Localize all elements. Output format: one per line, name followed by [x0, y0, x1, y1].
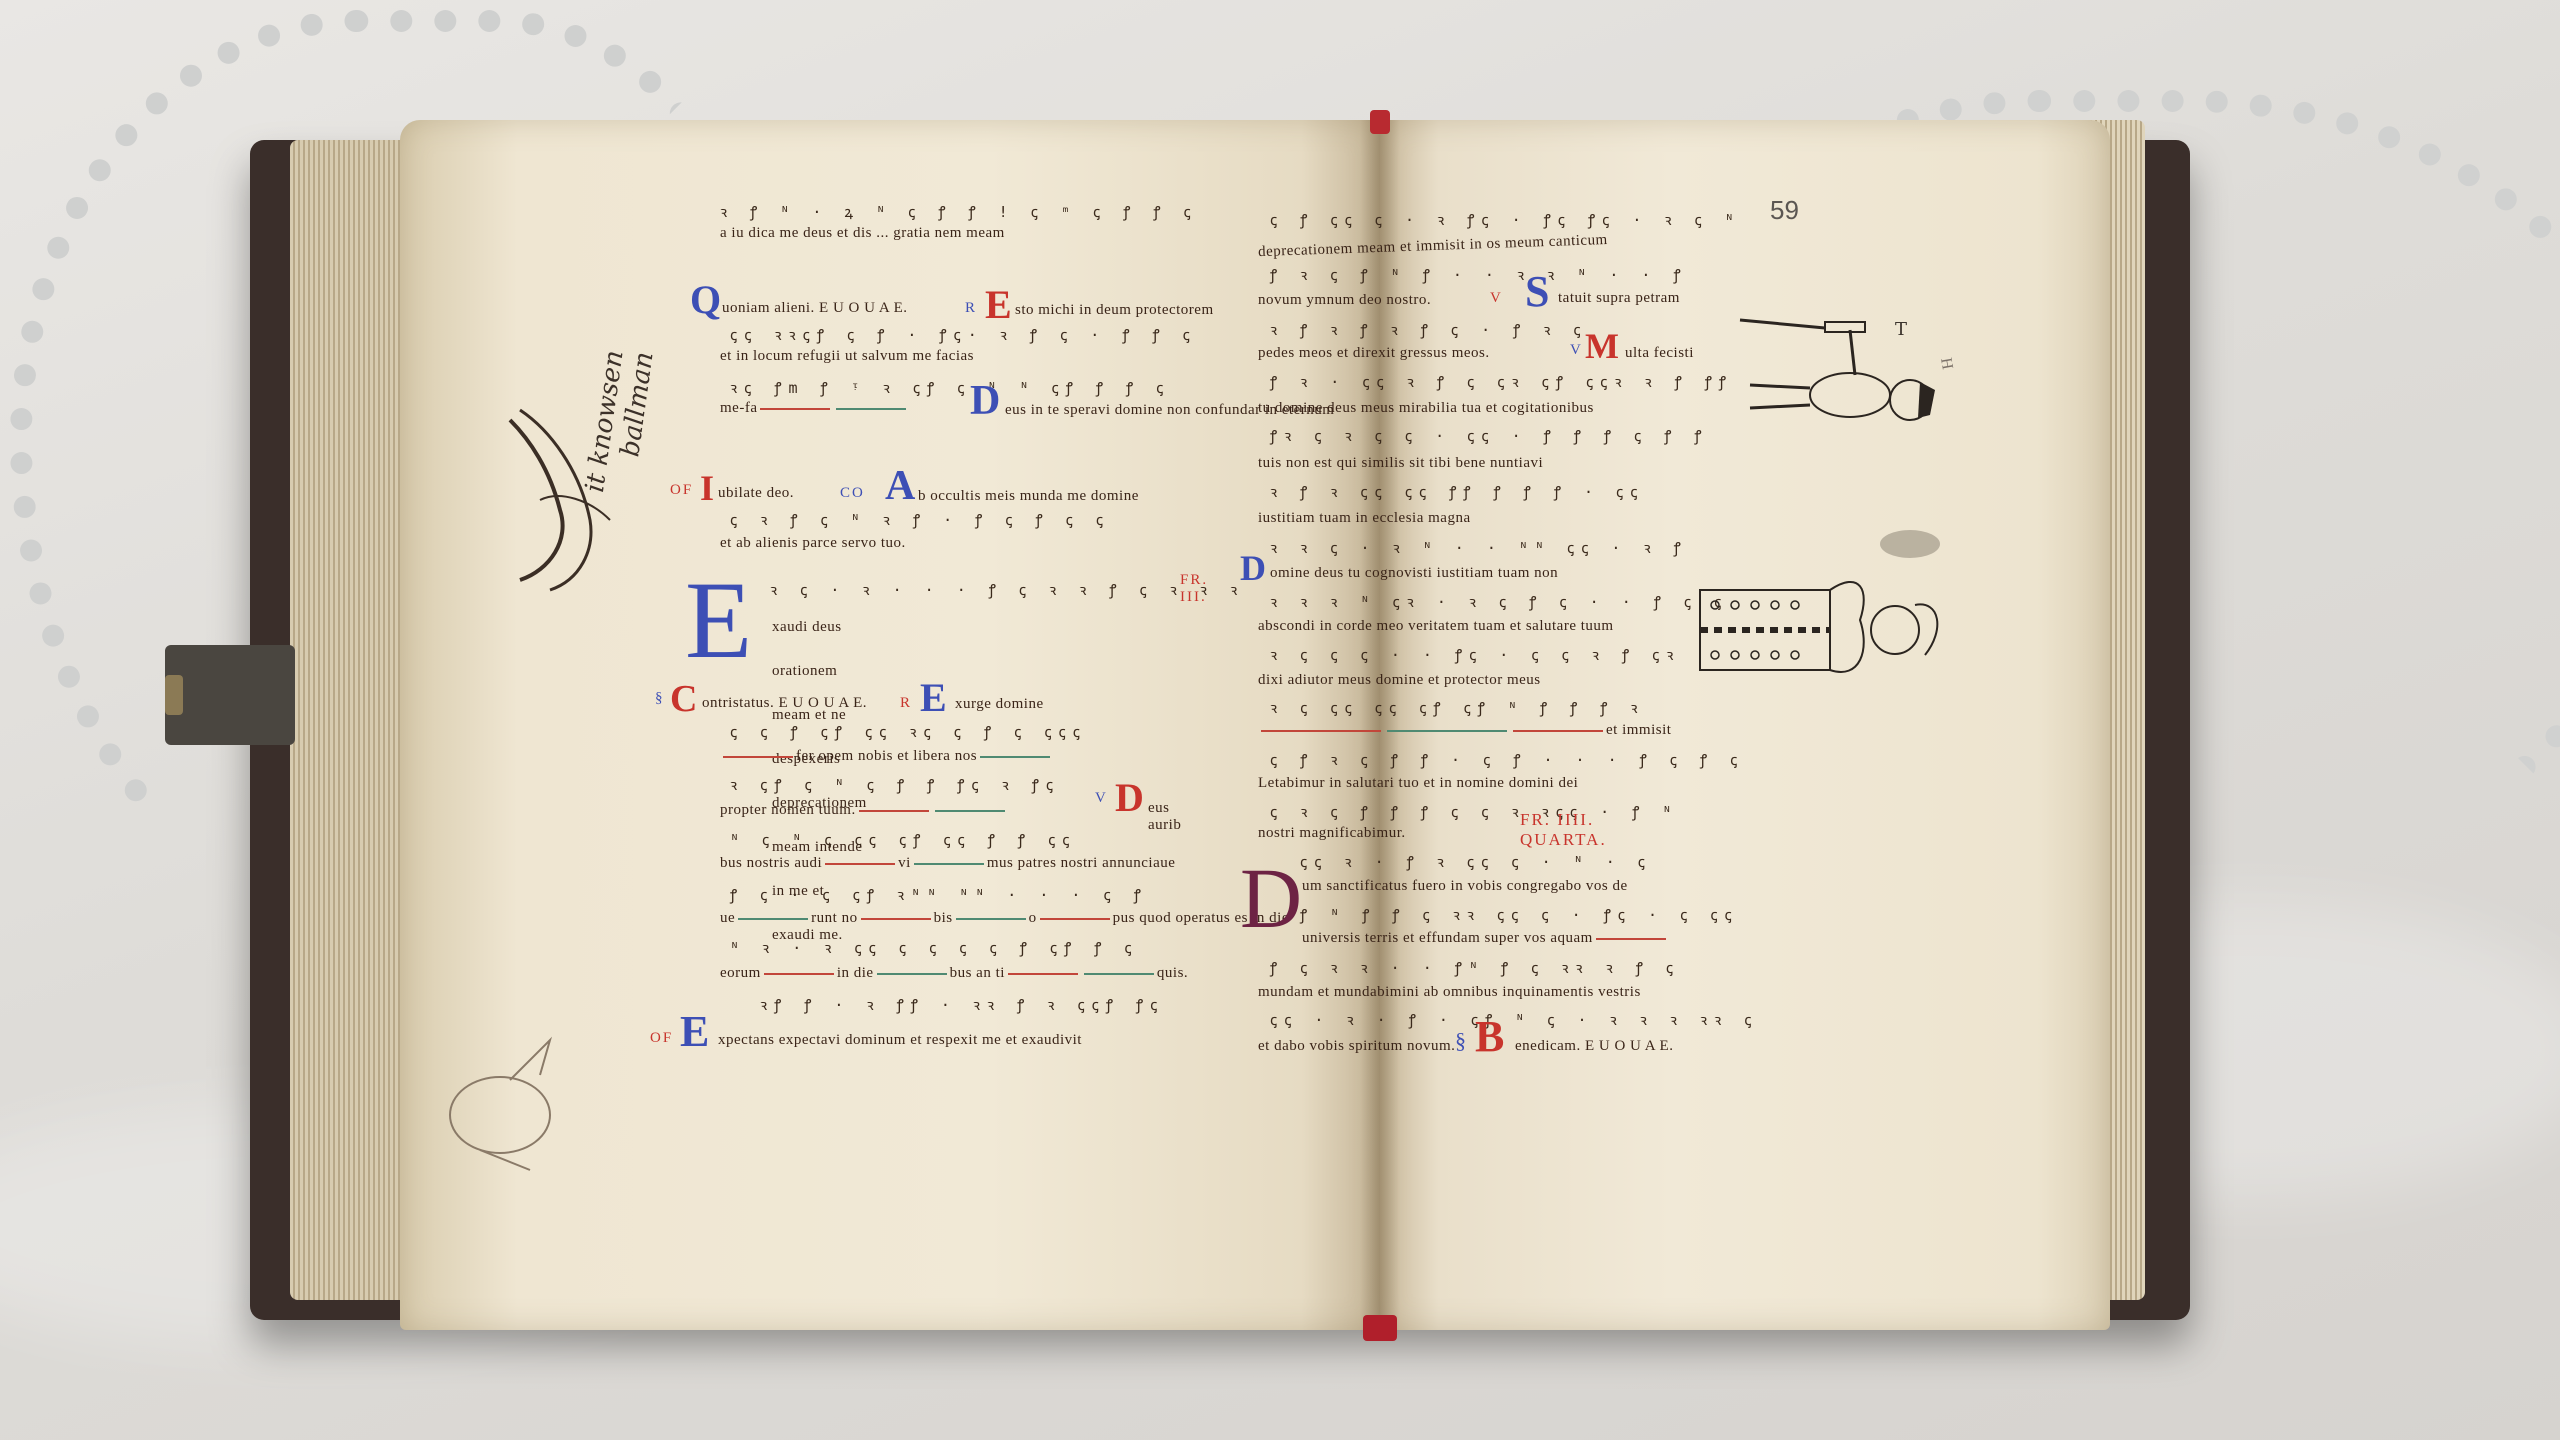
folio-number: 59	[1770, 195, 1799, 226]
text-line: dixi adiutor meus domine et protector me…	[1258, 672, 1541, 689]
open-manuscript: it knowsen ballman ꝛ ꝭ ᴺ · ꝝ ᴺ ꞔ ꝭ ꝭ ! ꞔ…	[250, 110, 2190, 1360]
neumes: ꝭ ꞔ ꝛ ꝛ · · ꝭᴺ ꝭ ꞔ ꝛꝛ ꝛ ꝭ ꞔ	[1270, 958, 1680, 978]
text-line: tuis non est qui similis sit tibi bene n…	[1258, 455, 1543, 472]
neumes: ꝛ ꝭ ꝛ ꝭ ꝛ ꝭ ꞔ · ꝭ ꝛ ꞔ	[1270, 320, 1588, 340]
rubric-OF: OF	[670, 482, 693, 499]
text-line: abscondi in corde meo veritatem tuam et …	[1258, 618, 1614, 635]
text-line: enedicam. E U O U A E.	[1515, 1038, 1673, 1055]
text-line: me-fa	[720, 400, 909, 417]
neumes: ꞔ ꝛ ꞔ ꝭ ꝭ ꝭ ꞔ ꞔ ꝛ ꝛꞔꞔ · ꝭ ᴺ	[1270, 802, 1678, 822]
text-line: propter nomen tuum.	[720, 802, 1008, 819]
text-line: fer opem nobis et libera nos	[720, 748, 1053, 765]
initial-E: E	[920, 678, 947, 718]
neumes: ꝭꝛ ꞔ ꝛ ꞔ ꞔ · ꞔꞔ · ꝭ ꝭ ꝭ ꞔ ꝭ ꝭ	[1270, 426, 1709, 446]
text-line: uoniam alieni. E U O U A E.	[722, 300, 908, 317]
neumes: ꝭ ᴺ ꝭ ꝭ ꞔ ꝛꝛ ꞔꞔ ꞔ · ꝭꞔ · ꞔ ꞔꞔ	[1300, 905, 1739, 925]
text-line: et dabo vobis spiritum novum.	[1258, 1038, 1455, 1055]
pencil-flower-sketch	[420, 1030, 590, 1180]
flourish: §	[1455, 1028, 1468, 1054]
text-line: omine deus tu cognovisti iustitiam tuam …	[1270, 565, 1558, 582]
text-line: ontristatus. E U O U A E.	[702, 695, 867, 712]
text-line: a iu dica me deus et dis ... gratia nem …	[720, 225, 1005, 242]
text-line: nostri magnificabimur.	[1258, 825, 1406, 842]
initial-E: E	[680, 1010, 709, 1054]
initial-M: M	[1585, 328, 1619, 364]
initial-C: C	[670, 680, 697, 718]
neumes: ꞔ ꞔ ꝭ ꞔꝭ ꞔꞔ ꝛꞔ ꞔ ꝭ ꞔ ꞔꞔꞔ	[730, 722, 1087, 742]
text-line: xurge domine	[955, 696, 1044, 713]
neumes: ꝭ ꝛ · ꞔꞔ ꝛ ꝭ ꞔ ꞔꝛ ꞔꝭ ꞔꞔꝛ ꝛ ꝭ ꝭꝭ	[1270, 372, 1733, 392]
rubric-R: R	[900, 695, 912, 712]
neumes: ꞔ ꝛ ꝭ ꞔ ᴺ ꝛ ꝭ · ꝭ ꞔ ꝭ ꞔ ꞔ	[730, 510, 1110, 530]
neumes: ꞔꞔ ꝛꝛꞔꝭ ꞔ ꝭ · ꝭꞔ· ꝛ ꝭ ꞔ · ꝭ ꝭ ꞔ	[730, 325, 1197, 345]
neumes: ꝛ ꞔ ꞔꞔ ꞔꞔ ꞔꝭ ꞔꝭ ᴺ ꝭ ꝭ ꝭ ꝛ	[1270, 698, 1645, 718]
metal-clasp	[165, 645, 295, 745]
neumes: ꝭ ꞔ · ꞔ ꞔꝭ ꝛᴺᴺ ᴺᴺ · · · ꞔ ꝭ	[730, 885, 1148, 905]
neumes: ꞔꞔ ꝛ · ꝭ ꝛ ꞔꞔ ꞔ · ᴺ · ꞔ	[1300, 852, 1652, 872]
neumes: ꝛ ꝭ ᴺ · ꝝ ᴺ ꞔ ꝭ ꝭ ! ꞔ ᵐ ꞔ ꝭ ꝭ ꞔ	[720, 202, 1198, 222]
text-line: um sanctificatus fuero in vobis congrega…	[1302, 878, 1628, 895]
rubric-feria-quarta: FR. IIII. QUARTA.	[1520, 810, 1607, 850]
headband-top	[1370, 110, 1390, 134]
text-line: eus aurib	[1148, 800, 1181, 834]
text-line: tatuit supra petram	[1558, 290, 1680, 307]
text-line: xpectans expectavi dominum et respexit m…	[718, 1032, 1082, 1049]
text-line: novum ymnum deo nostro.	[1258, 292, 1431, 309]
rubric-CO: CO	[840, 485, 865, 502]
text-line: iustitiam tuam in ecclesia magna	[1258, 510, 1471, 527]
text-line: b occultis meis munda me domine	[918, 488, 1139, 505]
neumes: ꝭ ꝛ ꞔ ꝭ ᴺ ꝭ · · ꝛ ꝛ ᴺ · · ꝭ	[1270, 265, 1688, 285]
stain	[1880, 530, 1940, 558]
neumes: ꝛ ꞔ ꞔ ꞔ · · ꝭꞔ · ꞔ ꞔ ꝛ ꝭ ꞔꝛ	[1270, 645, 1680, 665]
neumes: ᴺ ꞔ ᴺ ꞔ ꞔꞔ ꞔꝭ ꞔꞔ ꝭ ꝭ ꞔꞔ	[730, 830, 1076, 850]
text-line: uerunt nobisopus quod operatus es in die	[720, 910, 1289, 927]
initial-B: B	[1475, 1015, 1504, 1059]
large-initial-E: E	[685, 565, 752, 675]
neumes: ꞔ ꝭ ꝛ ꞔ ꝭ ꝭ · ꞔ ꝭ · · · ꝭ ꞔ ꝭ ꞔ	[1270, 750, 1744, 770]
robed-figure-drawing	[1690, 560, 1950, 700]
text-line: ubilate deo.	[718, 485, 794, 502]
text-line: ulta fecisti	[1625, 345, 1694, 362]
text-line: tu domine deus meus mirabilia tua et cog…	[1258, 400, 1594, 417]
rubric-OF: OF	[650, 1030, 673, 1047]
figure-with-sword-drawing: T	[1730, 300, 1940, 440]
large-initial-D: D	[1240, 855, 1302, 941]
neumes: ꝛꝭ ꝭ · ꝛ ꝭꝭ · ꝛꝛ ꝭ ꝛ ꞔꞔꝭ ꝭꞔ	[760, 995, 1164, 1015]
initial-S: S	[1525, 270, 1549, 314]
neumes: ꝛꞔ ꝭm ꝭ ᵎ ꝛ ꞔꝭ ꞔ ᴺ ᴺ ꞔꝭ ꝭ ꝭ ꞔ	[730, 378, 1170, 398]
neumes: ᴺ ꝛ · ꝛ ꞔꞔ ꞔ ꞔ ꞔ ꞔ ꝭ ꞔꝭ ꝭ ꞔ	[730, 938, 1139, 958]
neumes: ꞔꞔ · ꝛ · ꝭ · ꞔꝭ ᴺ ꞔ · ꝛ ꝛ ꝛ ꝛꝛ ꞔ	[1270, 1010, 1758, 1030]
text-line: Letabimur in salutari tuo et in nomine d…	[1258, 775, 1578, 792]
text-line: et in locum refugii ut salvum me facias	[720, 348, 974, 365]
neumes: ꝛ ꝛ ꝛ ᴺ ꞔꝛ · ꝛ ꞔ ꝭ ꞔ · · ꝭ ꞔ ꞔ	[1270, 592, 1728, 612]
initial-I: I	[700, 470, 714, 506]
neumes: ꝛ ꞔ · ꝛ · · · ꝭ ꞔ ꝛ ꝛ ꝭ ꞔ ꝛ ꝛ ꝛ	[770, 580, 1244, 600]
initial-D: D	[970, 380, 1000, 422]
rubric-V: V	[1490, 290, 1503, 307]
initial-D: D	[1115, 778, 1144, 818]
neumes: ꞔ ꝭ ꞔꞔ ꞔ · ꝛ ꝭꞔ · ꝭꞔ ꝭꞔ · ꝛ ꞔ ᴺ	[1270, 210, 1741, 230]
neumes: ꝛ ꞔꝭ ꞔ ᴺ ꞔ ꝭ ꝭ ꝭꞔ ꝛ ꝭꞔ	[730, 775, 1060, 795]
initial-Q: Q	[690, 280, 721, 320]
pen-flourish-drawing	[490, 380, 630, 600]
neumes: ꝛ ꝛ ꞔ · ꝛ ᴺ · · ᴺᴺ ꞔꞔ · ꝛ ꝭ	[1270, 538, 1688, 558]
initial-E: E	[985, 285, 1012, 325]
rubric: R	[965, 300, 977, 317]
text-line: sto michi in deum protectorem	[1015, 302, 1214, 319]
text-line: et immisit	[1258, 722, 1671, 739]
text-line: bus nostris audivimus patres nostri annu…	[720, 855, 1175, 872]
text-line: universis terris et effundam super vos a…	[1302, 930, 1669, 947]
text-line: mundam et mundabimini ab omnibus inquina…	[1258, 984, 1641, 1001]
headband	[1363, 1315, 1397, 1341]
svg-text:T: T	[1895, 319, 1907, 340]
neumes: ꝛ ꝭ ꝛ ꞔꞔ ꞔꞔ ꝭꝭ ꝭ ꝭ ꝭ · ꞔꞔ	[1270, 482, 1644, 502]
text-line: pedes meos et direxit gressus meos.	[1258, 345, 1490, 362]
initial-A: A	[885, 465, 915, 507]
text-line: et ab alienis parce servo tuo.	[720, 535, 906, 552]
flourish: §	[655, 690, 665, 707]
text-line: eorumin diebus an tiquis.	[720, 965, 1188, 982]
clasp-pin	[165, 675, 183, 715]
initial-D: D	[1240, 550, 1266, 586]
rubric-V: V	[1095, 790, 1108, 807]
rubric-V: V	[1570, 342, 1583, 359]
